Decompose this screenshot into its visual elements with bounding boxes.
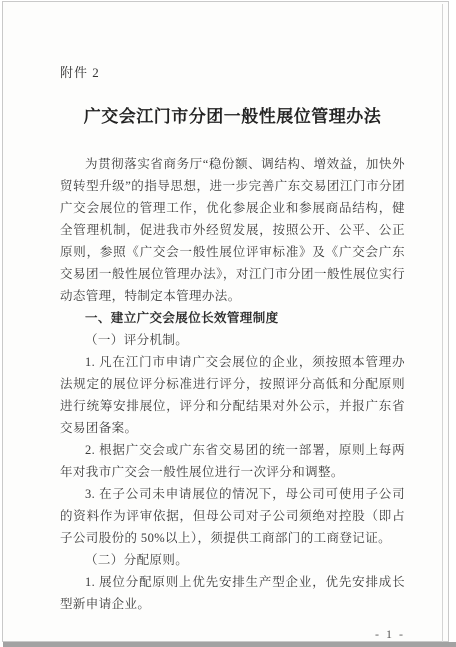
paragraph-scoring-item-1: 1. 凡在江门市申请广交会展位的企业，须按照本管理办法规定的展位评分标准进行评分… [60,351,405,439]
page-number: - 1 - [60,627,405,642]
document-page: 附件 2 广交会江门市分团一般性展位管理办法 为贯彻落实省商务厅“稳份额、调结构… [2,1,449,642]
paragraph-scoring-mechanism: （一）评分机制。 [60,329,405,351]
paragraph-intro: 为贯彻落实省商务厅“稳份额、调结构、增效益，加快外贸转型升级”的指导思想，进一步… [60,153,405,307]
paragraph-allocation-principle: （二）分配原则。 [60,549,405,571]
paragraph-scoring-item-3: 3. 在子公司未申请展位的情况下，母公司可使用子公司的资料作为评审依据，但母公司… [60,483,405,549]
attachment-label: 附件 2 [60,62,405,81]
page-right-edge [442,4,443,644]
paragraph-allocation-item-1: 1. 展位分配原则上优先安排生产型企业，优先安排成长型新申请企业。 [60,571,405,615]
page-content: 附件 2 广交会江门市分团一般性展位管理办法 为贯彻落实省商务厅“稳份额、调结构… [60,62,405,642]
document-body: 为贯彻落实省商务厅“稳份额、调结构、增效益，加快外贸转型升级”的指导思想，进一步… [60,153,405,615]
scanned-document-view: 附件 2 广交会江门市分团一般性展位管理办法 为贯彻落实省商务厅“稳份额、调结构… [0,0,456,647]
document-title: 广交会江门市分团一般性展位管理办法 [60,102,405,127]
scan-bottom-shadow [3,642,456,647]
heading-section-1: 一、建立广交会展位长效管理制度 [60,307,405,329]
paragraph-scoring-item-2: 2. 根据广交会或广东省交易团的统一部署，原则上每两年对我市广交会一般性展位进行… [60,439,405,483]
